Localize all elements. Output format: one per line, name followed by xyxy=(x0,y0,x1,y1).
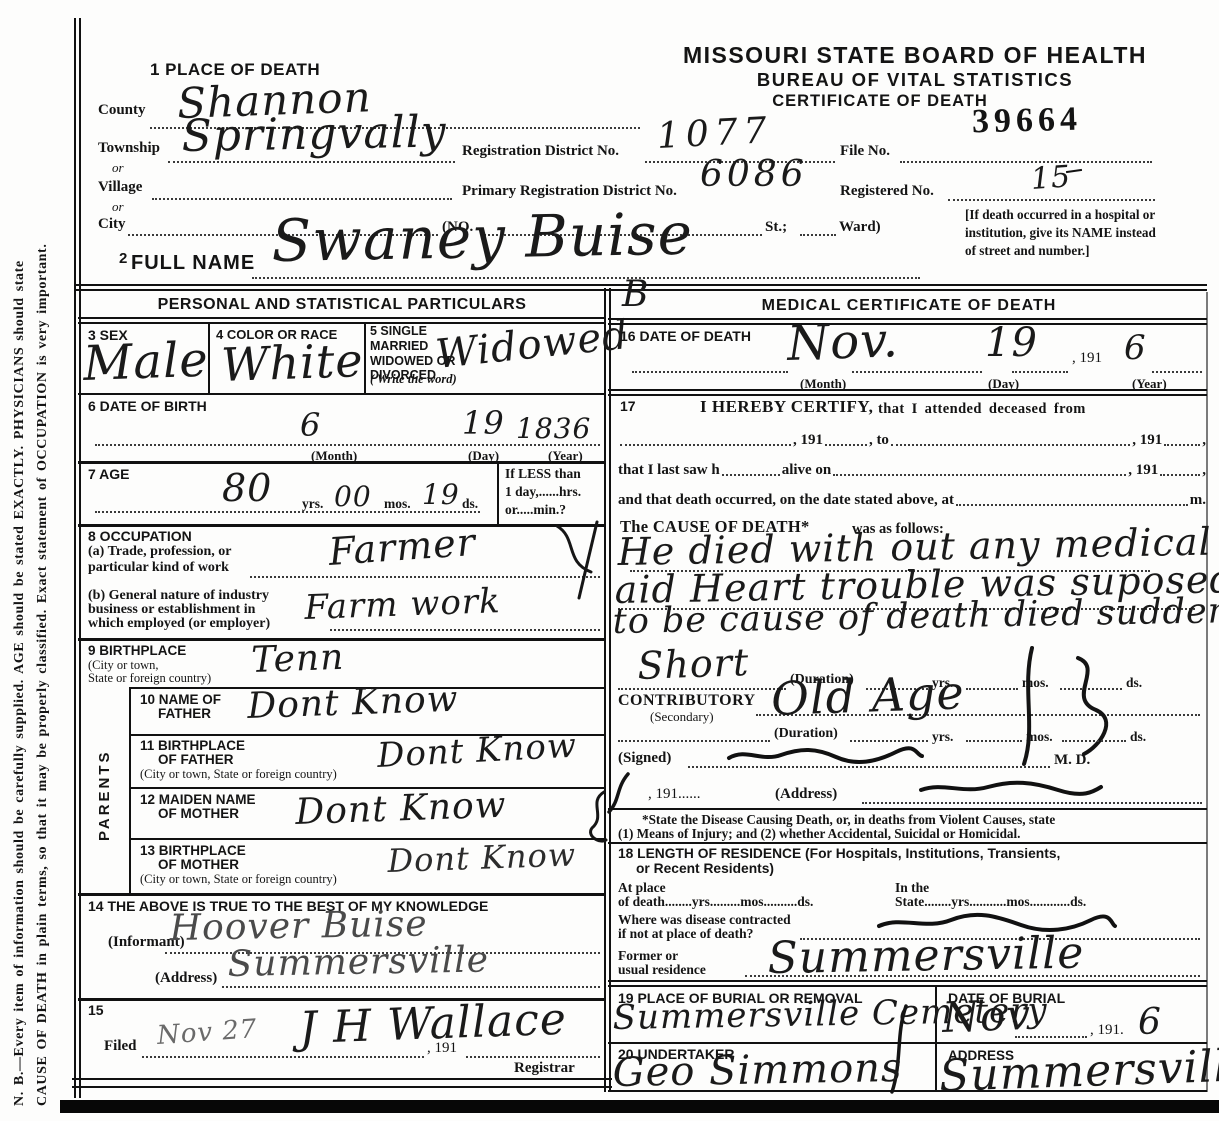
mother-name-label1: 12 MAIDEN NAME xyxy=(140,792,256,807)
filed-label: Filed xyxy=(104,1038,137,1055)
signed-label: (Signed) xyxy=(618,750,671,767)
mother-birthplace-handwriting: Dont Know xyxy=(387,839,577,876)
date-of-death-label: 16 DATE OF DEATH xyxy=(620,328,751,344)
cause-line4-handwriting: Short xyxy=(637,644,750,684)
certify-dates-line: , 191 , to , 191 , xyxy=(618,432,1206,449)
right-bottom-rule xyxy=(608,1090,1207,1092)
file-no-line xyxy=(900,161,1152,163)
death-occurred-text: and that death occurred, on the date sta… xyxy=(618,492,954,509)
contributory-label: CONTRIBUTORY xyxy=(618,692,756,710)
age-less-divider xyxy=(497,461,499,524)
village-label: Village xyxy=(98,179,142,196)
death-occurred-line: and that death occurred, on the date sta… xyxy=(618,492,1206,509)
informant-address-label: (Address) xyxy=(155,970,217,987)
row19-rule xyxy=(608,1042,1207,1044)
full-name-handwriting: Swaney Buise xyxy=(271,207,693,269)
registered-no-line xyxy=(948,199,1155,201)
city-label: City xyxy=(98,216,126,233)
sex-handwriting: Male xyxy=(82,338,209,388)
registration-district-label: Registration District No. xyxy=(462,143,619,160)
occupation-b-line xyxy=(330,629,600,631)
color-race-handwriting: White xyxy=(220,339,364,388)
duration2-label: (Duration) xyxy=(774,726,838,742)
father-birthplace-handwriting: Dont Know xyxy=(376,730,577,773)
row7-rule xyxy=(78,524,606,527)
contracted-line2: if not at place of death? xyxy=(618,926,753,942)
death-certificate-scan: N. B.—Every item of information should b… xyxy=(0,0,1219,1121)
village-line xyxy=(152,198,452,200)
dod-year-handwriting: 6 xyxy=(1124,332,1147,364)
parents-group-label: PARENTS xyxy=(96,738,113,852)
dod-day-handwriting: 19 xyxy=(985,324,1038,362)
dod-month-handwriting: Nov. xyxy=(786,318,899,367)
margin-note-line1: N. B.—Every item of information should b… xyxy=(8,16,31,1106)
column-divider xyxy=(604,288,611,1092)
row6-rule xyxy=(78,461,606,464)
form-right-border xyxy=(1206,292,1208,1092)
less-than-line2: 1 day,......hrs. xyxy=(505,484,581,500)
duration1-lead-line xyxy=(618,688,786,690)
md-label: M. D. xyxy=(1054,752,1090,769)
filing-number: 15 xyxy=(88,1002,104,1018)
residence-label-line2: or Recent Residents) xyxy=(636,861,774,876)
certify-to: , to xyxy=(869,432,889,449)
signature-scribble xyxy=(726,744,924,766)
mother-birthplace-label1: 13 BIRTHPLACE xyxy=(140,843,246,858)
mother-birthplace-note: (City or town, State or foreign country) xyxy=(140,872,337,887)
file-no-label: File No. xyxy=(840,143,890,160)
occupation-b-label3: which employed (or employer) xyxy=(88,616,270,632)
in-state-line2: State........yrs...........mos..........… xyxy=(895,894,1086,910)
contributory-flourish-marks xyxy=(1000,642,1150,770)
medical-title-rule xyxy=(608,318,1207,325)
primary-registration-handwriting: 6086 xyxy=(700,158,808,192)
burial-date-month-handwriting: Nov xyxy=(942,995,1032,1038)
signed-year-text: , 191...... xyxy=(648,786,701,803)
occupation-b-handwriting: Farm work xyxy=(304,585,501,624)
dod-line1 xyxy=(632,371,788,373)
former-residence-line2: usual residence xyxy=(618,962,706,978)
certify-bold-text: I HEREBY CERTIFY, xyxy=(700,397,873,417)
age-years-handwriting: 80 xyxy=(222,470,272,506)
undertaker-handwriting: Geo Simmons xyxy=(612,1049,902,1092)
dob-month-handwriting: 6 xyxy=(300,410,321,440)
duration2-lead-line xyxy=(618,740,770,742)
duration2-mos: mos. xyxy=(1026,729,1053,745)
last-saw-line: that I last saw h alive on , 191 , xyxy=(618,462,1206,479)
address-scribble xyxy=(918,778,1104,798)
last-saw-year: , 191 xyxy=(1128,462,1158,479)
certify-comma: , xyxy=(1202,432,1206,449)
color-marital-divider xyxy=(364,322,366,393)
filed-date-handwriting: Nov 27 xyxy=(156,1017,258,1049)
city-ward-label: Ward) xyxy=(839,219,881,236)
burial-date-year-prefix: , 191. xyxy=(1090,1022,1124,1039)
full-name-line xyxy=(252,277,920,279)
medical-section-title: MEDICAL CERTIFICATE OF DEATH xyxy=(612,297,1206,315)
cause-line3-handwriting: to be cause of death died suddenly xyxy=(612,595,1219,640)
residence-label-line1: 18 LENGTH OF RESIDENCE (For Hospitals, I… xyxy=(618,846,1060,861)
full-name-number: 2 xyxy=(119,250,127,267)
last-saw-comma: , xyxy=(1202,462,1206,479)
father-name-label1: 10 NAME OF xyxy=(140,692,221,707)
certificate-number: 39664 xyxy=(972,101,1083,142)
left-bottom-rule2 xyxy=(72,1086,612,1088)
form-left-border xyxy=(74,18,81,1098)
village-or: or xyxy=(112,199,124,215)
bureau-subtitle: BUREAU OF VITAL STATISTICS xyxy=(640,69,1190,91)
dod-line4 xyxy=(1152,371,1202,373)
scan-bottom-edge xyxy=(60,1100,1219,1113)
primary-registration-label: Primary Registration District No. xyxy=(462,183,677,200)
certify-rest-text: that I attended deceased from xyxy=(878,401,1086,418)
signed-address-label: (Address) xyxy=(775,786,837,803)
parents-label-divider xyxy=(129,687,131,893)
informant-address-handwriting: Summersville xyxy=(227,943,489,982)
registrar-label: Registrar xyxy=(514,1060,575,1077)
age-days-handwriting: 19 xyxy=(422,482,460,509)
dod-year-prefix: , 191 xyxy=(1072,350,1102,367)
occupation-a-label2: particular kind of work xyxy=(88,560,229,576)
registered-no-handwriting: 15 xyxy=(1030,163,1072,194)
occupation-label: 8 OCCUPATION xyxy=(88,528,192,544)
contributory-note: (Secondary) xyxy=(650,709,714,725)
signed-bottom-rule xyxy=(608,808,1207,810)
burial-date-year-handwriting: 6 xyxy=(1138,1006,1162,1040)
margin-note: N. B.—Every item of information should b… xyxy=(8,16,58,1106)
certify-year1: , 191 xyxy=(793,432,823,449)
duration2-line2 xyxy=(966,740,1022,742)
duration2-line1 xyxy=(850,740,928,742)
father-name-handwriting: Dont Know xyxy=(247,683,459,725)
parents-bottom-rule xyxy=(78,893,606,896)
township-handwriting: Springvally xyxy=(181,111,447,157)
father-birthplace-label2: OF FATHER xyxy=(158,752,234,767)
row5-rule xyxy=(78,393,606,395)
personal-section-title: PERSONAL AND STATISTICAL PARTICULARS xyxy=(80,296,604,314)
less-than-line1: If LESS than xyxy=(505,466,581,482)
occupation-a-label1: (a) Trade, profession, or xyxy=(88,544,232,560)
burial-date-line xyxy=(1015,1036,1087,1038)
age-ds-caption: ds. xyxy=(462,496,478,512)
margin-note-line2: CAUSE OF DEATH in plain terms, so that i… xyxy=(31,16,54,1106)
occupation-stray-marks xyxy=(545,518,607,604)
age-mos-caption: mos. xyxy=(384,496,411,512)
former-residence-handwriting: Summersville xyxy=(767,932,1084,979)
age-yrs-caption: yrs. xyxy=(302,496,323,512)
registration-district-handwriting: 1077 xyxy=(656,114,773,154)
father-birthplace-label1: 11 BIRTHPLACE xyxy=(140,738,245,753)
signed-address-line xyxy=(862,802,1202,804)
mother-name-label2: OF MOTHER xyxy=(158,806,239,821)
filed-signature-line xyxy=(466,1056,600,1058)
mother-birthplace-label2: OF MOTHER xyxy=(158,857,239,872)
duration2-ds: ds. xyxy=(1130,729,1146,745)
township-label: Township xyxy=(98,140,160,157)
dod-line2 xyxy=(852,371,982,373)
registrar-signature-handwriting: J H Wallace xyxy=(299,999,568,1050)
hospital-instruction-note: [If death occurred in a hospital or inst… xyxy=(965,206,1161,259)
dob-year-handwriting: 1836 xyxy=(516,416,591,443)
last-saw-text-a: that I last saw h xyxy=(618,462,720,479)
duration2-yrs: yrs. xyxy=(932,729,953,745)
dob-day-handwriting: 19 xyxy=(462,408,505,438)
county-label: County xyxy=(98,102,146,119)
registered-no-label: Registered No. xyxy=(840,183,934,200)
city-st-label: St.; xyxy=(765,219,787,236)
full-name-label: FULL NAME xyxy=(131,252,255,275)
at-place-line2: of death........yrs.........mos.........… xyxy=(618,894,813,910)
father-name-label2: FATHER xyxy=(158,706,211,721)
left-bottom-rule1 xyxy=(72,1078,612,1080)
last-saw-text-b: alive on xyxy=(782,462,832,479)
age-months-handwriting: 00 xyxy=(334,484,372,511)
mother-name-handwriting: Dont Know xyxy=(295,789,507,831)
informant-address-line xyxy=(222,986,600,988)
less-than-line3: or.....min.? xyxy=(505,502,566,518)
burial-top-rule xyxy=(608,980,1207,987)
board-title: MISSOURI STATE BOARD OF HEALTH xyxy=(640,42,1190,69)
birthplace-handwriting: Tenn xyxy=(251,641,345,678)
violent-causes-note-line2: (1) Means of Injury; and (2) whether Acc… xyxy=(618,826,1020,842)
signed-line xyxy=(688,766,1050,768)
age-line xyxy=(95,511,480,513)
city-st-line xyxy=(800,234,836,236)
father-birthplace-note: (City or town, State or foreign country) xyxy=(140,767,337,782)
occupation-a-handwriting: Farmer xyxy=(327,524,476,570)
row16-rule xyxy=(608,389,1207,396)
township-or: or xyxy=(112,160,124,176)
certify-number: 17 xyxy=(620,398,636,414)
birthplace-note2: State or foreign country) xyxy=(88,671,211,686)
death-occurred-m: m. xyxy=(1190,492,1206,509)
footnote-rule xyxy=(608,842,1207,844)
dod-line3 xyxy=(1012,371,1068,373)
duration2-line3 xyxy=(1062,740,1126,742)
contributory-handwriting: Old Age xyxy=(770,671,965,721)
birthplace-label: 9 BIRTHPLACE xyxy=(88,643,186,658)
age-label: 7 AGE xyxy=(88,466,130,482)
certify-year2: , 191 xyxy=(1132,432,1162,449)
dob-label: 6 DATE OF BIRTH xyxy=(88,398,207,414)
filed-line xyxy=(142,1056,424,1058)
